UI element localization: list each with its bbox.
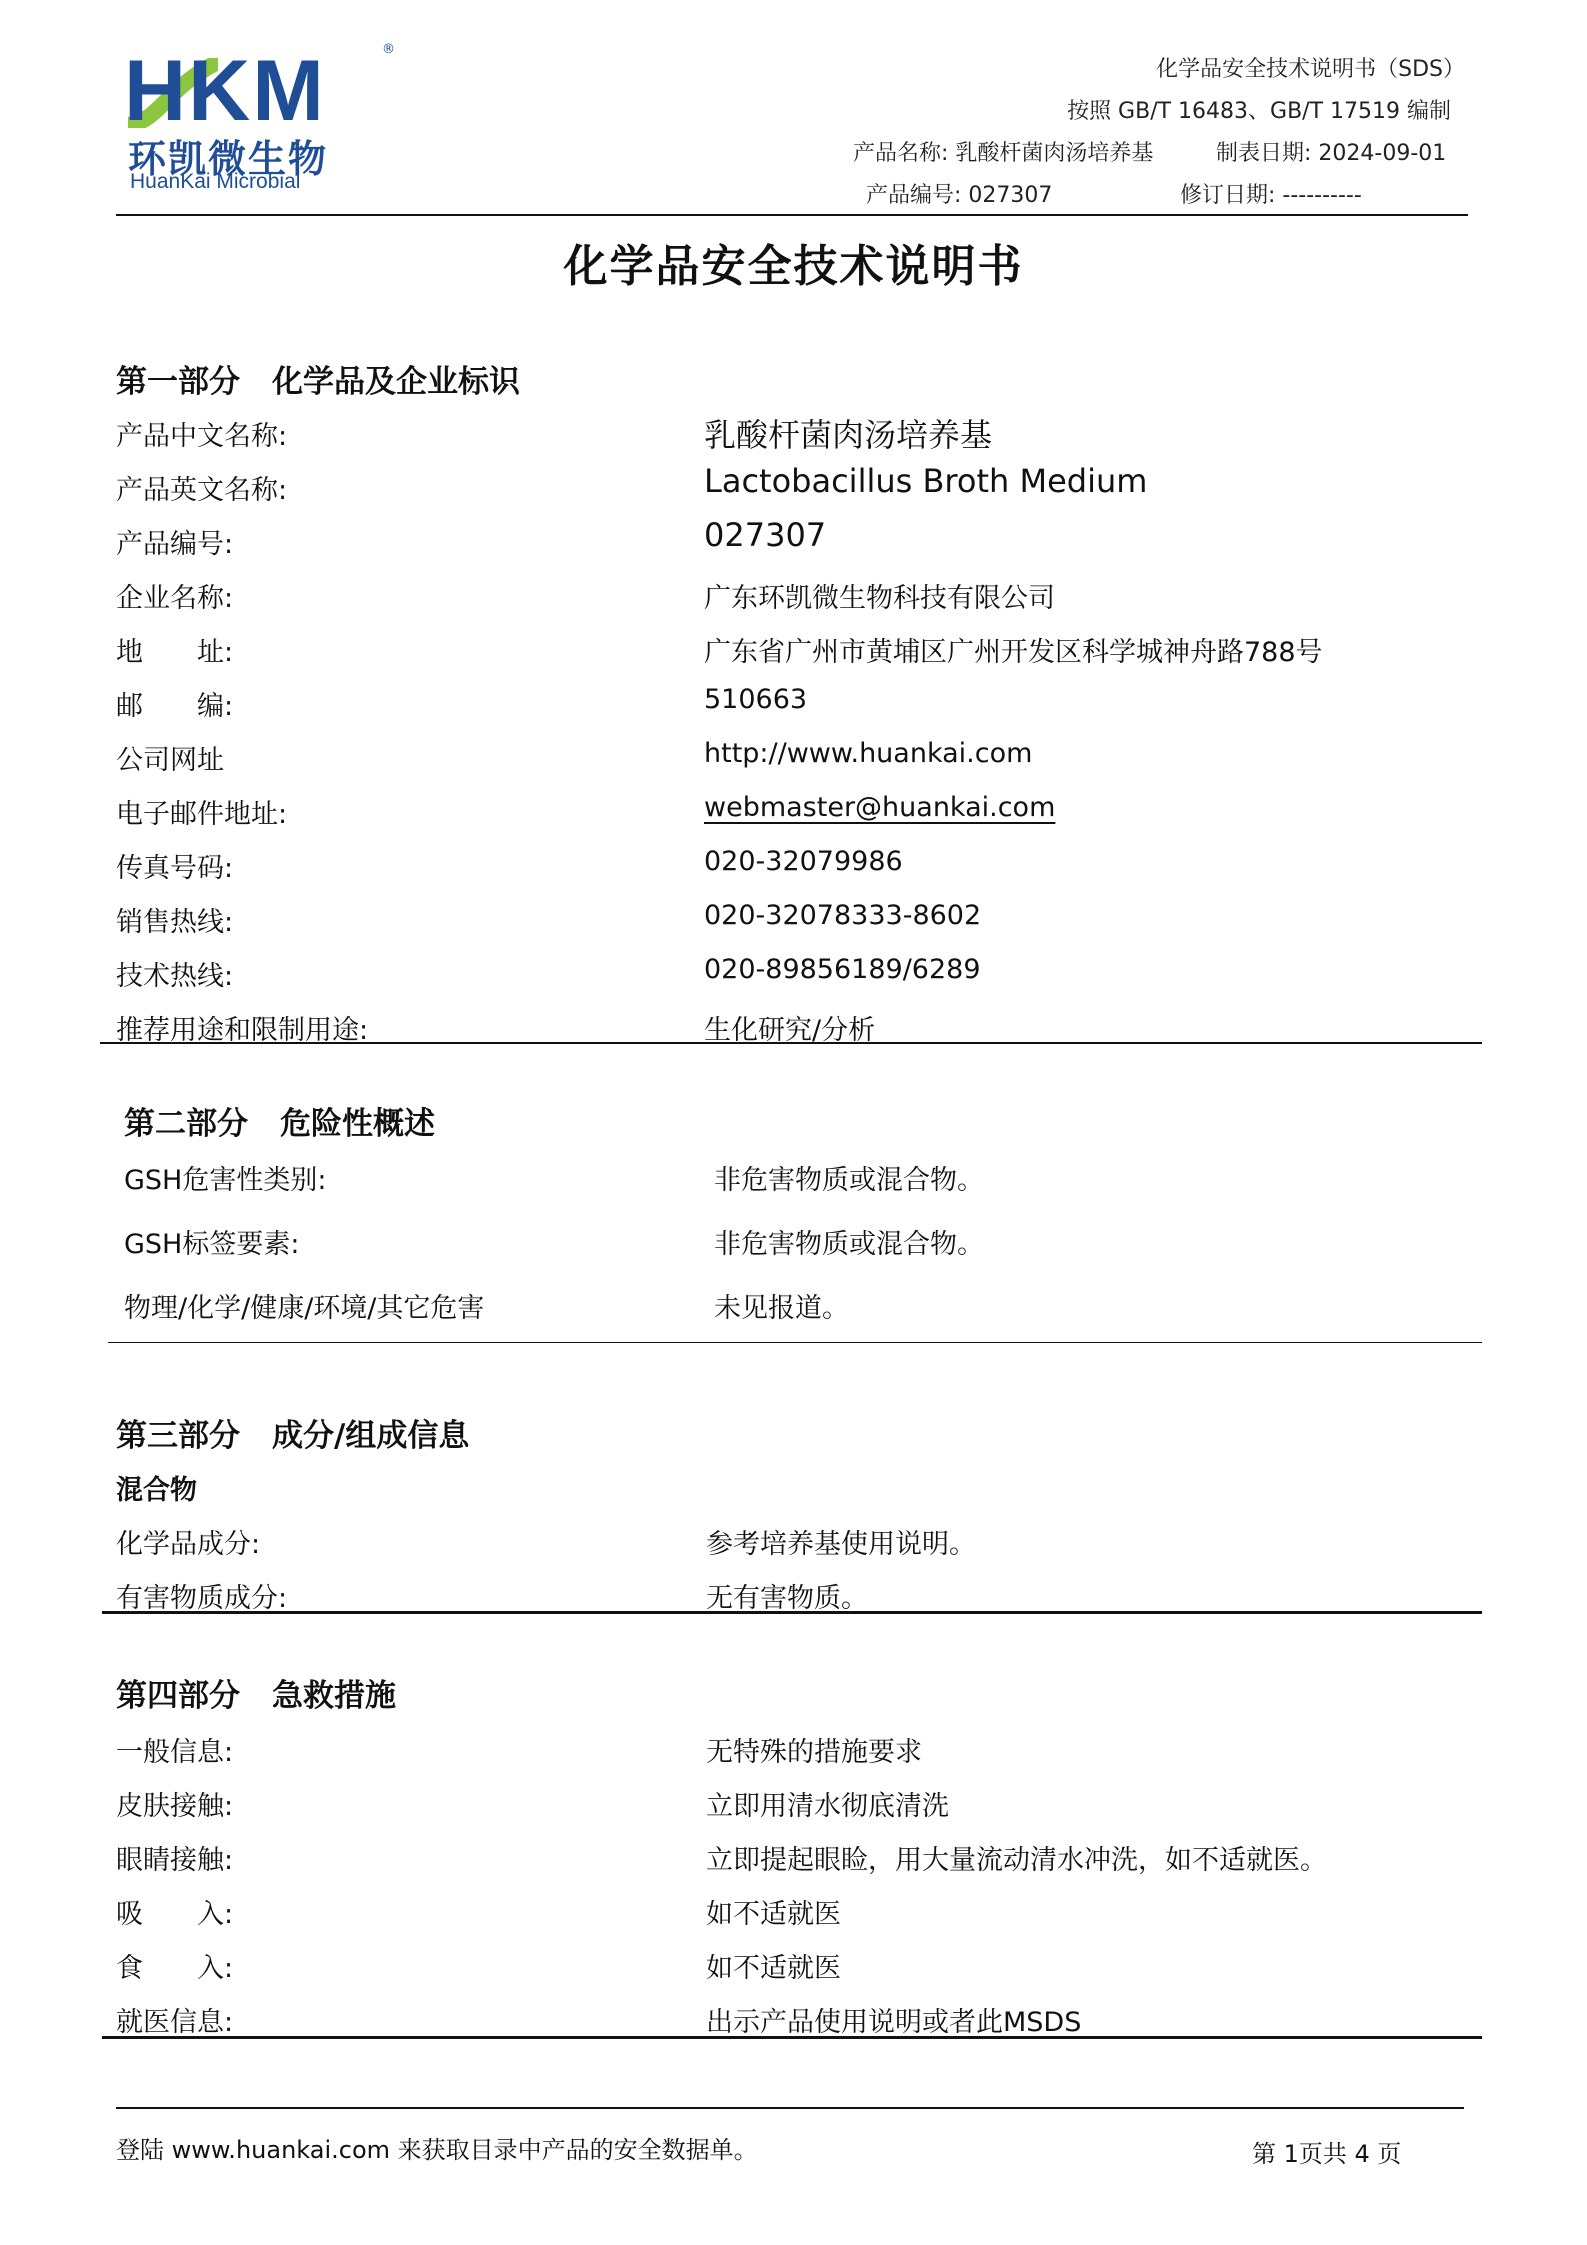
- footer-divider: [116, 2107, 1464, 2109]
- section-4-title: 第四部分急救措施: [116, 1670, 396, 1715]
- section-number: 第三部分: [116, 1418, 240, 1454]
- field-value: 非危害物质或混合物。: [714, 1222, 984, 1261]
- revision-date-value: ----------: [1282, 183, 1361, 208]
- field-label: 一般信息:: [116, 1730, 233, 1769]
- section-3-divider: [102, 1611, 1482, 1614]
- section-2-title: 第二部分危险性概述: [124, 1098, 435, 1143]
- website-link[interactable]: http://www.huankai.com: [704, 738, 1032, 769]
- footer-note: 登陆 www.huankai.com 来获取目录中产品的安全数据单。: [116, 2130, 758, 2165]
- logo-mark: HKM: [124, 48, 326, 134]
- header-issue-date: 制表日期: 2024-09-01: [1216, 136, 1446, 167]
- field-label: 食 入:: [116, 1946, 233, 1985]
- field-value: 乳酸杆菌肉汤培养基: [704, 410, 992, 456]
- field-value: 020-89856189/6289: [704, 954, 981, 985]
- field-value: 未见报道。: [714, 1286, 849, 1325]
- section-heading: 化学品及企业标识: [272, 364, 520, 400]
- field-label: 电子邮件地址:: [116, 792, 287, 831]
- section-number: 第一部分: [116, 364, 240, 400]
- document-title: 化学品安全技术说明书: [0, 230, 1587, 294]
- field-label: 有害物质成分:: [116, 1576, 287, 1615]
- section-heading: 急救措施: [272, 1678, 396, 1714]
- field-label: 吸 入:: [116, 1892, 233, 1931]
- field-label: 邮 编:: [116, 684, 233, 723]
- doc-type: 化学品安全技术说明书（SDS）: [1156, 52, 1465, 83]
- logo-en-name: HuanKai Microbial: [130, 170, 300, 194]
- section-1-divider: [100, 1042, 1482, 1044]
- field-value: 广东省广州市黄埔区广州开发区科学城神舟路788号: [704, 630, 1323, 669]
- field-value: Lactobacillus Broth Medium: [704, 462, 1147, 500]
- field-value: 非危害物质或混合物。: [714, 1158, 984, 1197]
- field-label: GSH标签要素:: [124, 1222, 299, 1261]
- standard-reference: 按照 GB/T 16483、GB/T 17519 编制: [1067, 94, 1451, 125]
- field-label: GSH危害性类别:: [124, 1158, 326, 1197]
- field-label: 产品编号:: [116, 522, 233, 561]
- field-value: 立即用清水彻底清洗: [706, 1784, 949, 1823]
- section-4-divider: [102, 2036, 1482, 2039]
- field-value: 如不适就医: [706, 1946, 841, 1985]
- field-value: 020-32078333-8602: [704, 900, 981, 931]
- product-name-value: 乳酸杆菌肉汤培养基: [955, 141, 1153, 166]
- section-1-title: 第一部分化学品及企业标识: [116, 356, 520, 401]
- field-value: 如不适就医: [706, 1892, 841, 1931]
- header-product-code: 产品编号: 027307: [866, 178, 1052, 209]
- field-label: 产品英文名称:: [116, 468, 287, 507]
- company-logo: HKM ® 环凯微生物 HuanKai Microbial: [120, 48, 400, 188]
- field-label: 产品中文名称:: [116, 414, 287, 453]
- product-code-label: 产品编号:: [866, 183, 961, 208]
- section-number: 第二部分: [124, 1106, 248, 1142]
- field-label: 技术热线:: [116, 954, 233, 993]
- page-indicator: 第 1页共 4 页: [1252, 2134, 1401, 2169]
- header-revision-date: 修订日期: ----------: [1180, 178, 1362, 209]
- field-label: 公司网址: [116, 738, 224, 777]
- registered-mark: ®: [382, 42, 395, 57]
- header-product-name: 产品名称: 乳酸杆菌肉汤培养基: [853, 136, 1153, 167]
- field-value: 无特殊的措施要求: [706, 1730, 922, 1769]
- section-number: 第四部分: [116, 1678, 240, 1714]
- field-label: 地 址:: [116, 630, 233, 669]
- field-value: 立即提起眼睑，用大量流动清水冲洗，如不适就医。: [706, 1838, 1327, 1877]
- field-label: 就医信息:: [116, 2000, 233, 2039]
- section-3-title: 第三部分成分/组成信息: [116, 1410, 469, 1455]
- revision-date-label: 修订日期:: [1180, 183, 1275, 208]
- field-label: 化学品成分:: [116, 1522, 260, 1561]
- issue-date-label: 制表日期:: [1216, 141, 1311, 166]
- field-label: 眼睛接触:: [116, 1838, 233, 1877]
- field-value: 027307: [704, 516, 826, 554]
- product-name-label: 产品名称:: [853, 141, 948, 166]
- field-value: 020-32079986: [704, 846, 903, 877]
- section-3-subtitle: 混合物: [116, 1468, 197, 1507]
- field-label: 物理/化学/健康/环境/其它危害: [124, 1286, 484, 1325]
- header-divider: [116, 214, 1468, 216]
- field-value: 广东环凯微生物科技有限公司: [704, 576, 1055, 615]
- field-value: 510663: [704, 684, 807, 715]
- field-label: 皮肤接触:: [116, 1784, 233, 1823]
- field-value: 出示产品使用说明或者此MSDS: [706, 2000, 1081, 2039]
- field-label: 传真号码:: [116, 846, 233, 885]
- section-heading: 成分/组成信息: [272, 1418, 469, 1454]
- field-label: 企业名称:: [116, 576, 233, 615]
- issue-date-value: 2024-09-01: [1318, 141, 1446, 166]
- field-value: 无有害物质。: [706, 1576, 868, 1615]
- section-2-divider: [108, 1342, 1482, 1343]
- section-heading: 危险性概述: [280, 1106, 435, 1142]
- product-code-value: 027307: [968, 183, 1052, 208]
- field-value: 参考培养基使用说明。: [706, 1522, 976, 1561]
- email-link[interactable]: webmaster@huankai.com: [704, 792, 1055, 823]
- field-label: 销售热线:: [116, 900, 233, 939]
